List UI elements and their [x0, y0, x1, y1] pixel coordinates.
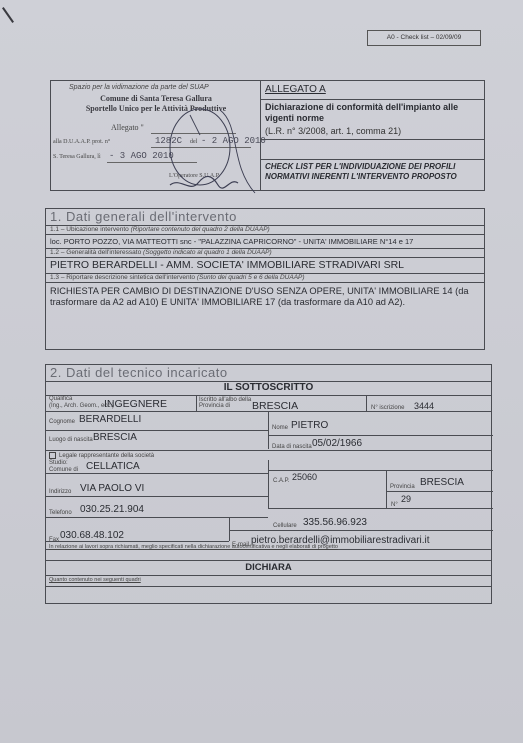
- item-1-2-value: PIETRO BERARDELLI - AMM. SOCIETA' IMMOBI…: [50, 259, 404, 271]
- nome-value: PIETRO: [291, 420, 328, 431]
- allegato-box: ALLEGATO A Dichiarazione di conformità d…: [260, 80, 485, 191]
- section-2-title: 2. Dati del tecnico incaricato: [50, 365, 228, 380]
- allegato-title: ALLEGATO A: [265, 84, 326, 95]
- stamp-caption: Spazio per la vidimazione da parte del S…: [69, 84, 209, 91]
- item-1-3-label: 1.3 – Riportare descrizione sintetica de…: [50, 274, 305, 281]
- stamp-place-label: S. Teresa Gallura, lì: [53, 154, 101, 160]
- indirizzo-label: Indirizzo: [49, 489, 71, 495]
- item-1-3-value: RICHIESTA PER CAMBIO DI DESTINAZIONE D'U…: [50, 286, 480, 308]
- cognome-label: Cognome: [49, 419, 75, 425]
- item-1-1-label: 1.1 – Ubicazione intervento (Riportare c…: [50, 226, 270, 233]
- indirizzo-value: VIA PAOLO VI: [80, 483, 144, 494]
- provincia-label: Provincia: [390, 484, 415, 490]
- fax-label: Fax: [49, 537, 59, 543]
- item-1-2-label: 1.2 – Generalità dell'interessato (Sogge…: [50, 249, 272, 256]
- document-reference: A0 - Check list – 02/09/09: [367, 30, 481, 46]
- studio-label: Studio:: [49, 460, 68, 466]
- scanned-page: A0 - Check list – 02/09/09 Spazio per la…: [0, 0, 523, 743]
- comune-value: CELLATICA: [86, 461, 140, 472]
- telefono-label: Telefono: [49, 510, 72, 516]
- checklist-title: CHECK LIST PER L'INDIVIDUAZIONE DEI PROF…: [265, 162, 483, 181]
- civico-value: 29: [401, 494, 411, 504]
- cap-value: 25060: [292, 472, 317, 482]
- allegato-law-ref: (L.R. n° 3/2008, art. 1, comma 21): [265, 126, 401, 136]
- sottoscritto-heading: IL SOTTOSCRITTO: [46, 382, 491, 393]
- dichiara-heading: DICHIARA: [46, 562, 491, 573]
- stamp-protocol-label: alla D.U.A.A.P. prot. n°: [53, 139, 110, 145]
- section-1-title: 1. Dati generali dell'intervento: [50, 209, 237, 224]
- cellulare-value: 335.56.96.923: [303, 517, 367, 528]
- signature-icon: [160, 105, 270, 200]
- cognome-value: BERARDELLI: [79, 414, 141, 425]
- relazione-text: In relazione ai lavori sopra richiamati,…: [49, 544, 338, 550]
- fax-value: 030.68.48.102: [60, 530, 124, 541]
- cap-label: C.A.P.: [273, 478, 290, 484]
- nome-label: Nome: [272, 425, 288, 431]
- pen-mark: [2, 7, 14, 23]
- section-1: 1. Dati generali dell'intervento 1.1 – U…: [45, 208, 485, 350]
- iscrizione-value: 3444: [414, 401, 434, 411]
- albo-label: Iscritto all'albo della Provincia di: [199, 397, 254, 409]
- luogo-value: BRESCIA: [93, 432, 137, 443]
- data-nascita-value: 05/02/1966: [312, 438, 362, 449]
- item-1-1-value: loc. PORTO POZZO, VIA MATTEOTTI snc - "P…: [50, 237, 413, 246]
- section-2: 2. Dati del tecnico incaricato IL SOTTOS…: [45, 364, 492, 604]
- allegato-subtitle: Dichiarazione di conformità dell'impiant…: [265, 102, 483, 124]
- stamp-comune: Comune di Santa Teresa Gallura: [51, 94, 261, 103]
- qualifica-label: Qualifica: [49, 396, 72, 402]
- telefono-value: 030.25.21.904: [80, 504, 144, 515]
- legale-checkbox-row[interactable]: Legale rappresentante della società: [49, 452, 154, 459]
- qualifica-value: INGEGNERE: [104, 398, 167, 410]
- quanto-text: Quanto contenuto nei seguenti quadri: [49, 577, 141, 583]
- luogo-label: Luogo di nascita: [49, 437, 93, 443]
- cellulare-label: Cellulare: [273, 523, 297, 529]
- legale-checkbox[interactable]: [49, 452, 56, 459]
- provincia-value: BRESCIA: [420, 477, 464, 488]
- stamp-allegato-label: Allegato ": [111, 123, 144, 132]
